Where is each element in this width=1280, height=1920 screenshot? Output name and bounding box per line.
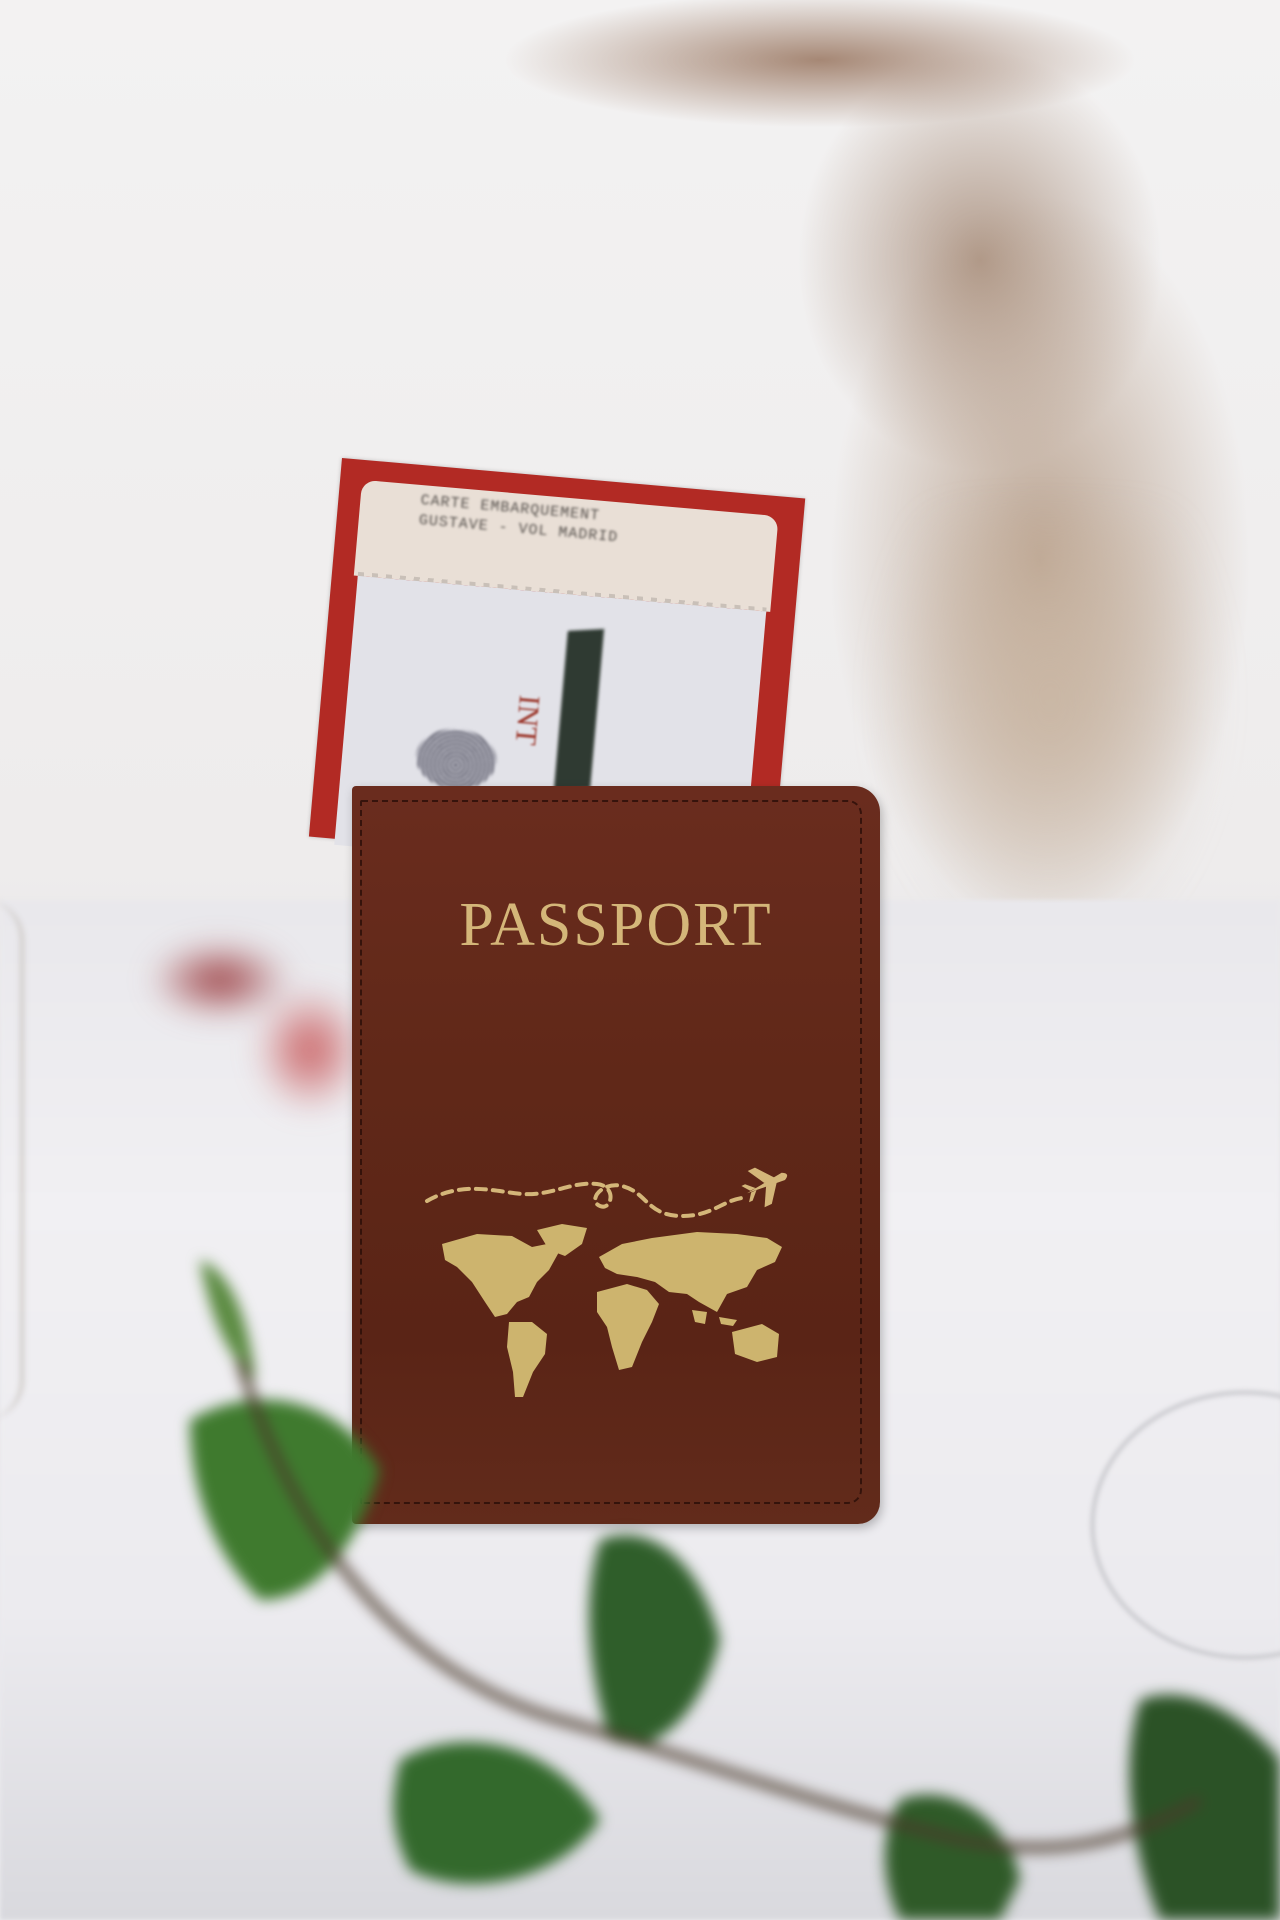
photo-scene: CARTE EMBARQUEMENT GUSTAVE - VOL MADRID … bbox=[0, 0, 1280, 1920]
ivy-leaves bbox=[0, 0, 1280, 1920]
